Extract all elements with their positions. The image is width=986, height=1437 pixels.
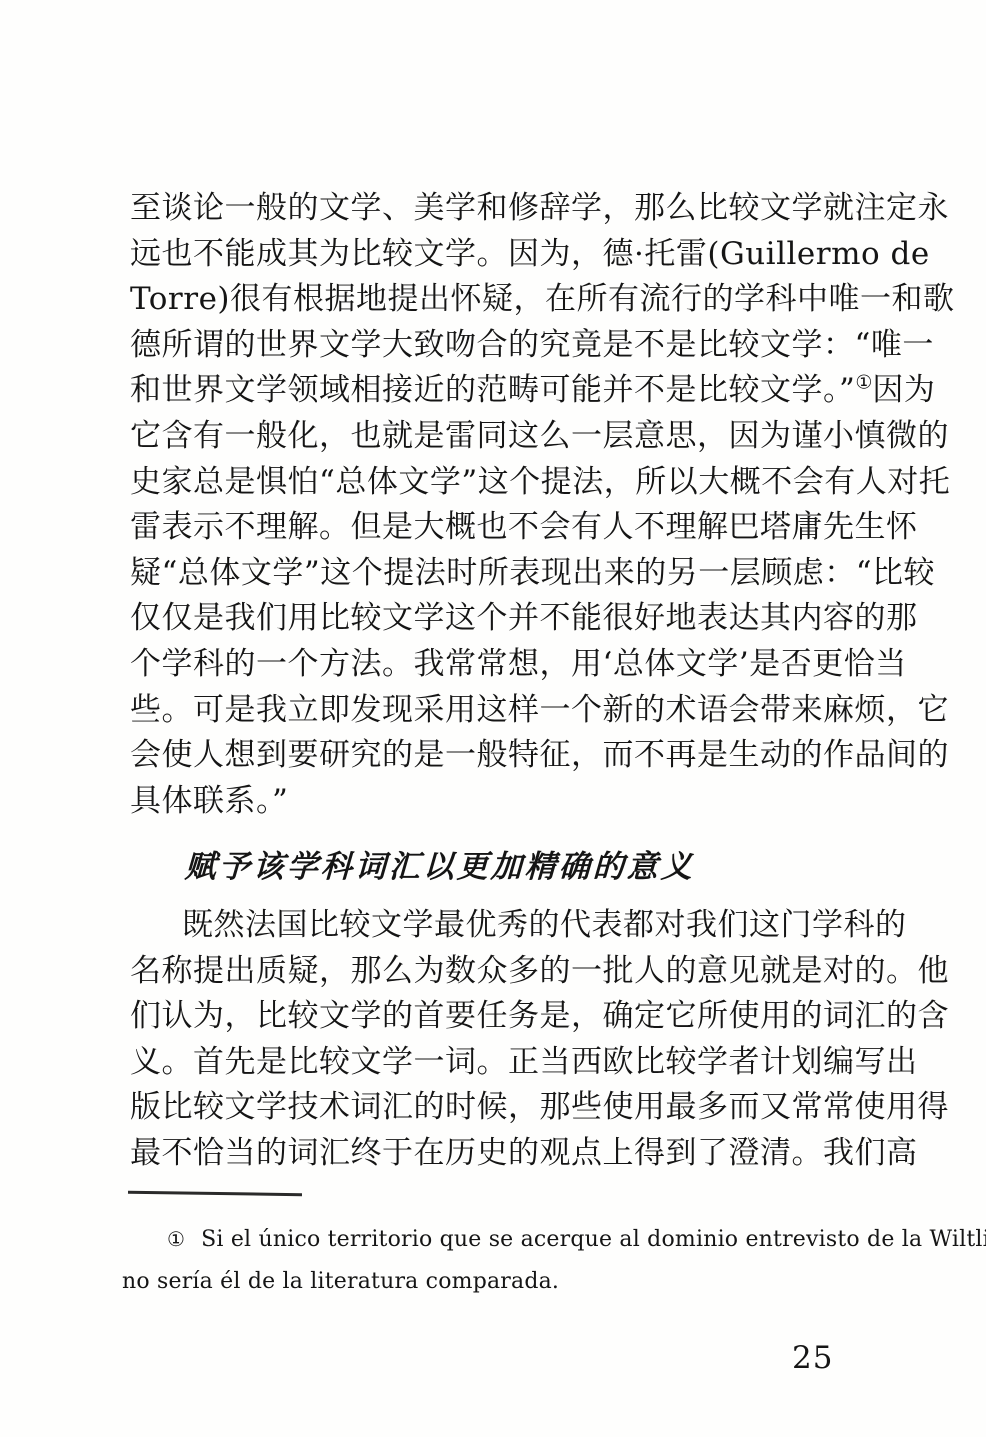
footnote-line: no sería él de la literatura comparada.: [122, 1261, 866, 1303]
body-paragraph-1: 至谈论一般的文学、美学和修辞学，那么比较文学就注定永 远也不能成其为比较文学。因…: [130, 186, 862, 824]
footnote-divider-rule: [128, 1191, 302, 1196]
text-line: 最不恰当的词汇终于在历史的观点上得到了澄清。我们高: [130, 1131, 862, 1177]
footnote-text: Si el único territorio que se acerque al…: [201, 1227, 986, 1252]
text-segment: 因为: [872, 372, 935, 408]
text-line: 义。首先是比较文学一词。正当西欧比较学者计划编写出: [130, 1040, 862, 1086]
text-line: 版比较文学技术词汇的时候，那些使用最多而又常常使用得: [130, 1085, 862, 1131]
text-line: 既然法国比较文学最优秀的代表都对我们这门学科的: [130, 903, 862, 949]
text-line: 远也不能成其为比较文学。因为，德·托雷(Guillermo de: [130, 232, 862, 278]
text-line: 它含有一般化，也就是雷同这么一层意思，因为谨小慎微的: [130, 414, 862, 460]
page-number: 25: [792, 1340, 833, 1376]
text-line: 会使人想到要研究的是一般特征，而不再是生动的作品间的: [130, 733, 862, 779]
text-line: 名称提出质疑，那么为数众多的一批人的意见就是对的。他: [130, 949, 862, 995]
body-paragraph-2: 既然法国比较文学最优秀的代表都对我们这门学科的 名称提出质疑，那么为数众多的一批…: [130, 903, 862, 1177]
text-line: 个学科的一个方法。我常常想，用‘总体文学’是否更恰当: [130, 642, 862, 688]
footnote-line: ①Si el único territorio que se acerque a…: [122, 1218, 866, 1261]
text-line: 德所谓的世界文学大致吻合的究竟是不是比较文学：“唯一: [130, 323, 862, 369]
scanned-book-page: 至谈论一般的文学、美学和修辞学，那么比较文学就注定永 远也不能成其为比较文学。因…: [0, 0, 986, 1437]
text-segment: 和世界文学领域相接近的范畴可能并不是比较文学。”: [130, 372, 855, 408]
text-line: 些。可是我立即发现采用这样一个新的术语会带来麻烦，它: [130, 688, 862, 734]
text-line: 至谈论一般的文学、美学和修辞学，那么比较文学就注定永: [130, 186, 862, 232]
text-line: 雷表示不理解。但是大概也不会有人不理解巴塔庸先生怀: [130, 505, 862, 551]
text-line: 仅仅是我们用比较文学这个并不能很好地表达其内容的那: [130, 596, 862, 642]
text-line: 们认为，比较文学的首要任务是，确定它所使用的词汇的含: [130, 994, 862, 1040]
footnote: ①Si el único territorio que se acerque a…: [122, 1218, 866, 1303]
footnote-marker: ①: [167, 1227, 185, 1251]
section-heading: 赋予该学科词汇以更加精确的意义: [184, 841, 696, 886]
text-line-with-footnote-ref: 和世界文学领域相接近的范畴可能并不是比较文学。”①因为: [130, 368, 862, 414]
text-line: 史家总是惧怕“总体文学”这个提法，所以大概不会有人对托: [130, 460, 862, 506]
text-line: 具体联系。”: [130, 779, 862, 825]
text-line: Torre)很有根据地提出怀疑，在所有流行的学科中唯一和歌: [130, 277, 862, 323]
footnote-ref-superscript: ①: [855, 372, 872, 394]
text-line: 疑“总体文学”这个提法时所表现出来的另一层顾虑：“比较: [130, 551, 862, 597]
